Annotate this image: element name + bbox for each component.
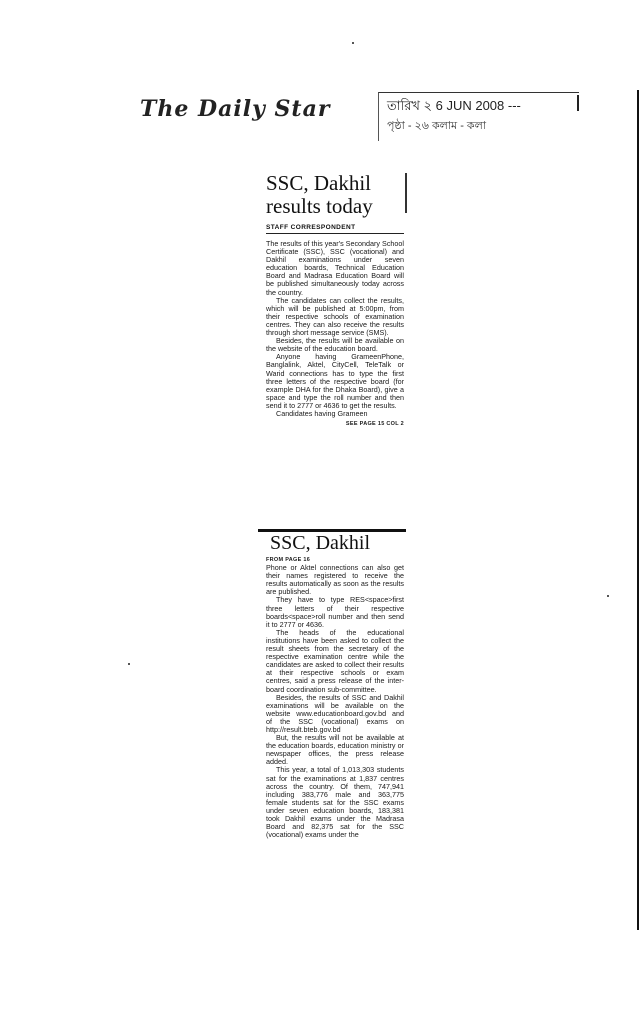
continued-body: FROM PAGE 16 Phone or Aktel connections …: [266, 556, 404, 839]
paragraph: They have to type RES<space>first three …: [266, 596, 404, 628]
date-stamp: তারিখ ২ 6 JUN 2008 --- পৃষ্ঠা - ২৬ কলাম …: [378, 92, 579, 141]
paragraph: The candidates can collect the results, …: [266, 297, 404, 337]
paragraph: The heads of the educational institution…: [266, 629, 404, 694]
article-byline: Staff Correspondent: [266, 224, 355, 231]
continued-headline: SSC, Dakhil: [270, 532, 370, 554]
scan-speck: [128, 663, 130, 665]
scan-speck: [607, 595, 609, 597]
paragraph: Anyone having GrameenPhone, Banglalink, …: [266, 353, 404, 410]
stamp-bar: [577, 95, 579, 111]
continuation-note: SEE PAGE 15 COL 2: [266, 420, 404, 428]
paragraph: This year, a total of 1,013,303 students…: [266, 766, 404, 839]
byline-rule: [266, 233, 404, 234]
paragraph: Besides, the results of SSC and Dakhil e…: [266, 694, 404, 734]
article-body: The results of this year's Secondary Sch…: [266, 240, 404, 428]
article-headline: SSC, Dakhil results today: [266, 172, 406, 218]
stamp-page-line: পৃষ্ঠা - ২৬ কলাম - কলা: [387, 117, 486, 136]
stamp-date-line: তারিখ ২ 6 JUN 2008 ---: [387, 97, 521, 118]
paragraph: Besides, the results will be available o…: [266, 337, 404, 353]
paragraph: Candidates having Grameen: [266, 410, 404, 418]
paragraph: But, the results will not be available a…: [266, 734, 404, 766]
scan-speck: [352, 42, 354, 44]
paragraph: The results of this year's Secondary Sch…: [266, 240, 404, 297]
newspaper-masthead: The Daily Star: [140, 96, 330, 122]
paragraph: Phone or Aktel connections can also get …: [266, 564, 404, 596]
